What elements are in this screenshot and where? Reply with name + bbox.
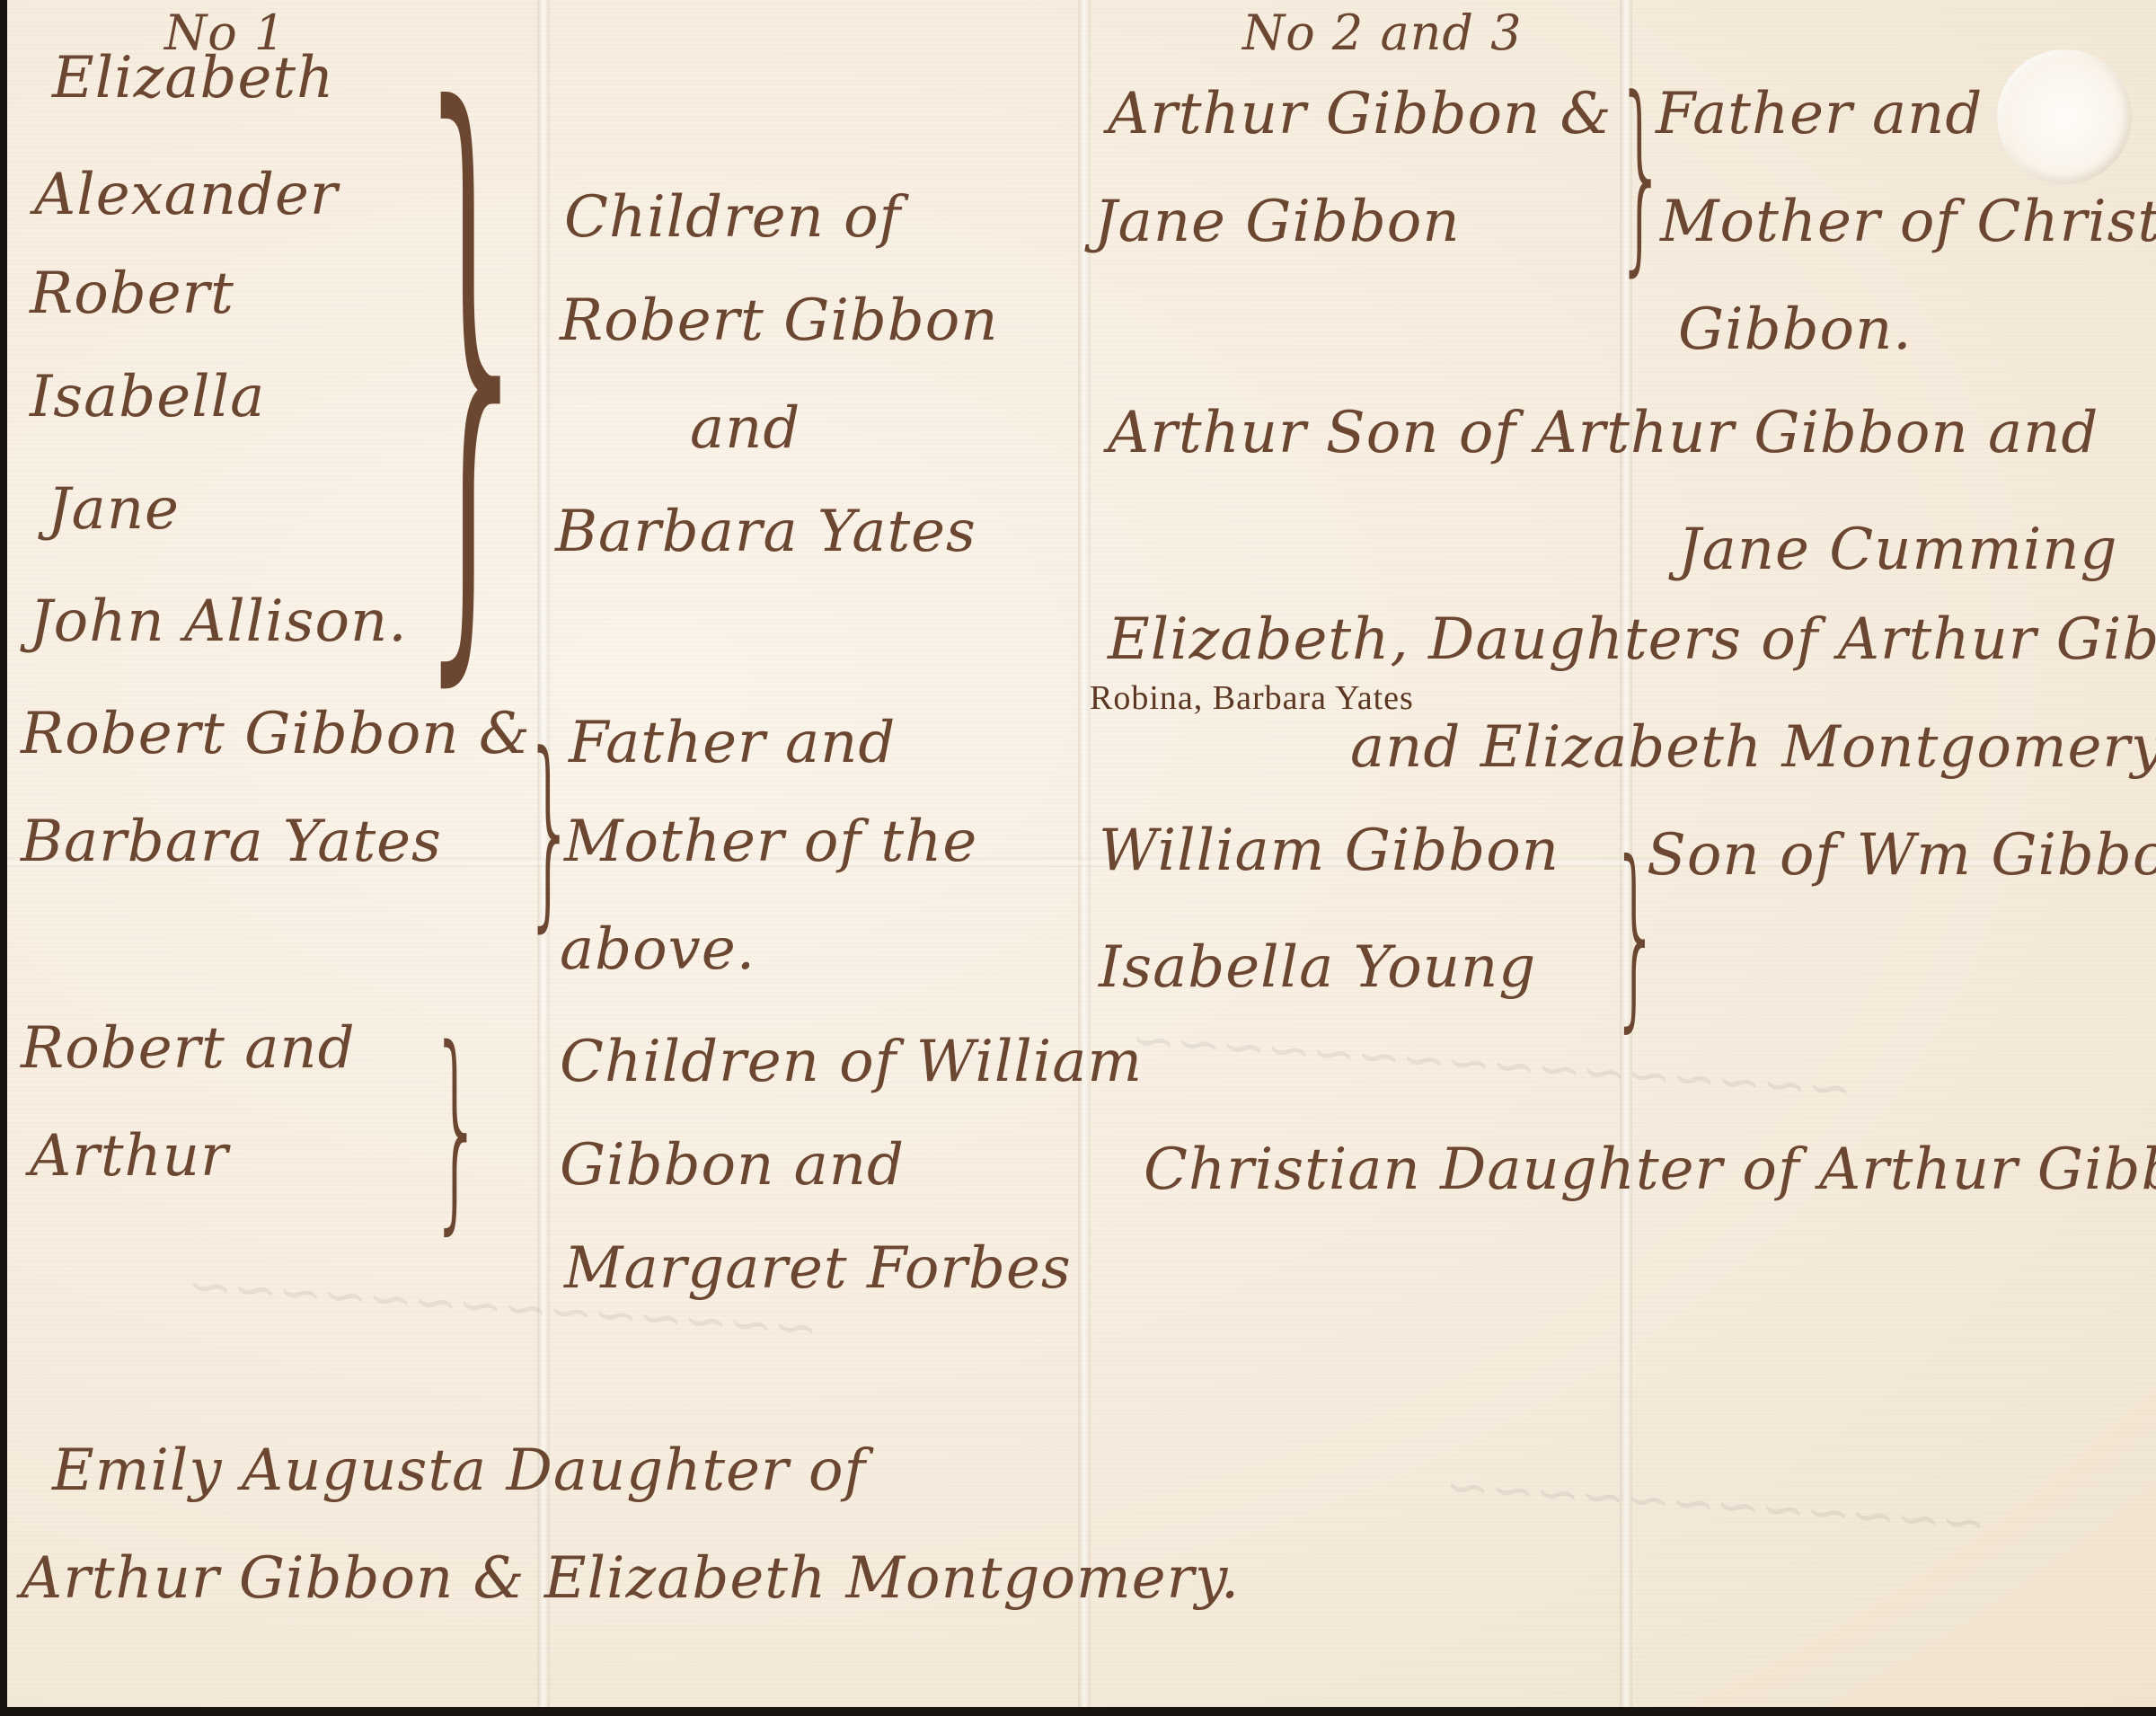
curly-brace-icon: }: [402, 36, 546, 683]
parents-description: Children of William: [560, 1033, 1143, 1091]
paper-fold-vertical: [1078, 0, 1091, 1707]
bleed-through-text: ~~~~~~~~~~~~: [1443, 1455, 1988, 1555]
child-name: Jane: [48, 481, 180, 538]
entry-line: Arthur Son of Arthur Gibbon and: [1108, 404, 2099, 462]
bleed-through-text: ~~~~~~~~~~~~~~~~: [1129, 1008, 1854, 1121]
parents-description: Children of: [564, 189, 901, 246]
relation-description: Gibbon.: [1678, 301, 1913, 358]
relation-description: Father and: [569, 714, 896, 772]
section-heading-no2-and-3: No 2 and 3: [1242, 9, 1523, 57]
entry-line: Christian Daughter of Arthur Gibbon: [1144, 1141, 2156, 1199]
relation-description: above.: [560, 921, 755, 978]
parents-description: Margaret Forbes: [564, 1240, 1072, 1297]
relation-description: Mother of Christian: [1660, 193, 2156, 251]
parents-description: Robert Gibbon: [560, 292, 999, 349]
curly-brace-icon: }: [429, 1020, 484, 1235]
parents-description: Gibbon and: [560, 1137, 905, 1194]
child-name: Robert: [30, 265, 234, 323]
child-name: Robert and: [21, 1020, 356, 1077]
parent-name: Robert Gibbon &: [21, 705, 531, 763]
child-name: Alexander: [34, 166, 338, 224]
parent-name: Barbara Yates: [21, 813, 442, 871]
relation-description: Mother of the: [564, 813, 977, 871]
inserted-names-annotation: Robina, Barbara Yates: [1090, 681, 1414, 715]
relation-description: Father and: [1656, 85, 1983, 143]
child-name: Elizabeth: [52, 49, 334, 107]
child-name: John Allison.: [30, 593, 408, 650]
child-name: Arthur: [30, 1128, 229, 1185]
child-name: Isabella: [30, 368, 265, 426]
embossed-seal-icon: [1997, 49, 2132, 184]
parent-name: Jane Gibbon: [1094, 193, 1461, 251]
entry-line: and Elizabeth Montgomery: [1350, 719, 2156, 776]
relation-description: Son of Wm Gibbon: [1647, 827, 2156, 884]
parents-description: and: [690, 400, 800, 457]
entry-line: Arthur Gibbon & Elizabeth Montgomery.: [21, 1550, 1240, 1607]
parents-description: Barbara Yates: [555, 503, 976, 561]
entry-line: Elizabeth, Daughters of Arthur Gibbon: [1108, 611, 2156, 668]
parent-name: Arthur Gibbon &: [1108, 85, 1613, 143]
document-sheet: ~~~~~~~~~~~~~~ ~~~~~~~~~~~~~~~~ ~~~~~~~~…: [7, 0, 2156, 1707]
parent-name: Isabella Young: [1099, 939, 1536, 996]
entry-line: Jane Cumming: [1678, 521, 2117, 579]
parent-name: William Gibbon: [1099, 822, 1560, 880]
entry-line: Emily Augusta Daughter of: [52, 1442, 866, 1499]
